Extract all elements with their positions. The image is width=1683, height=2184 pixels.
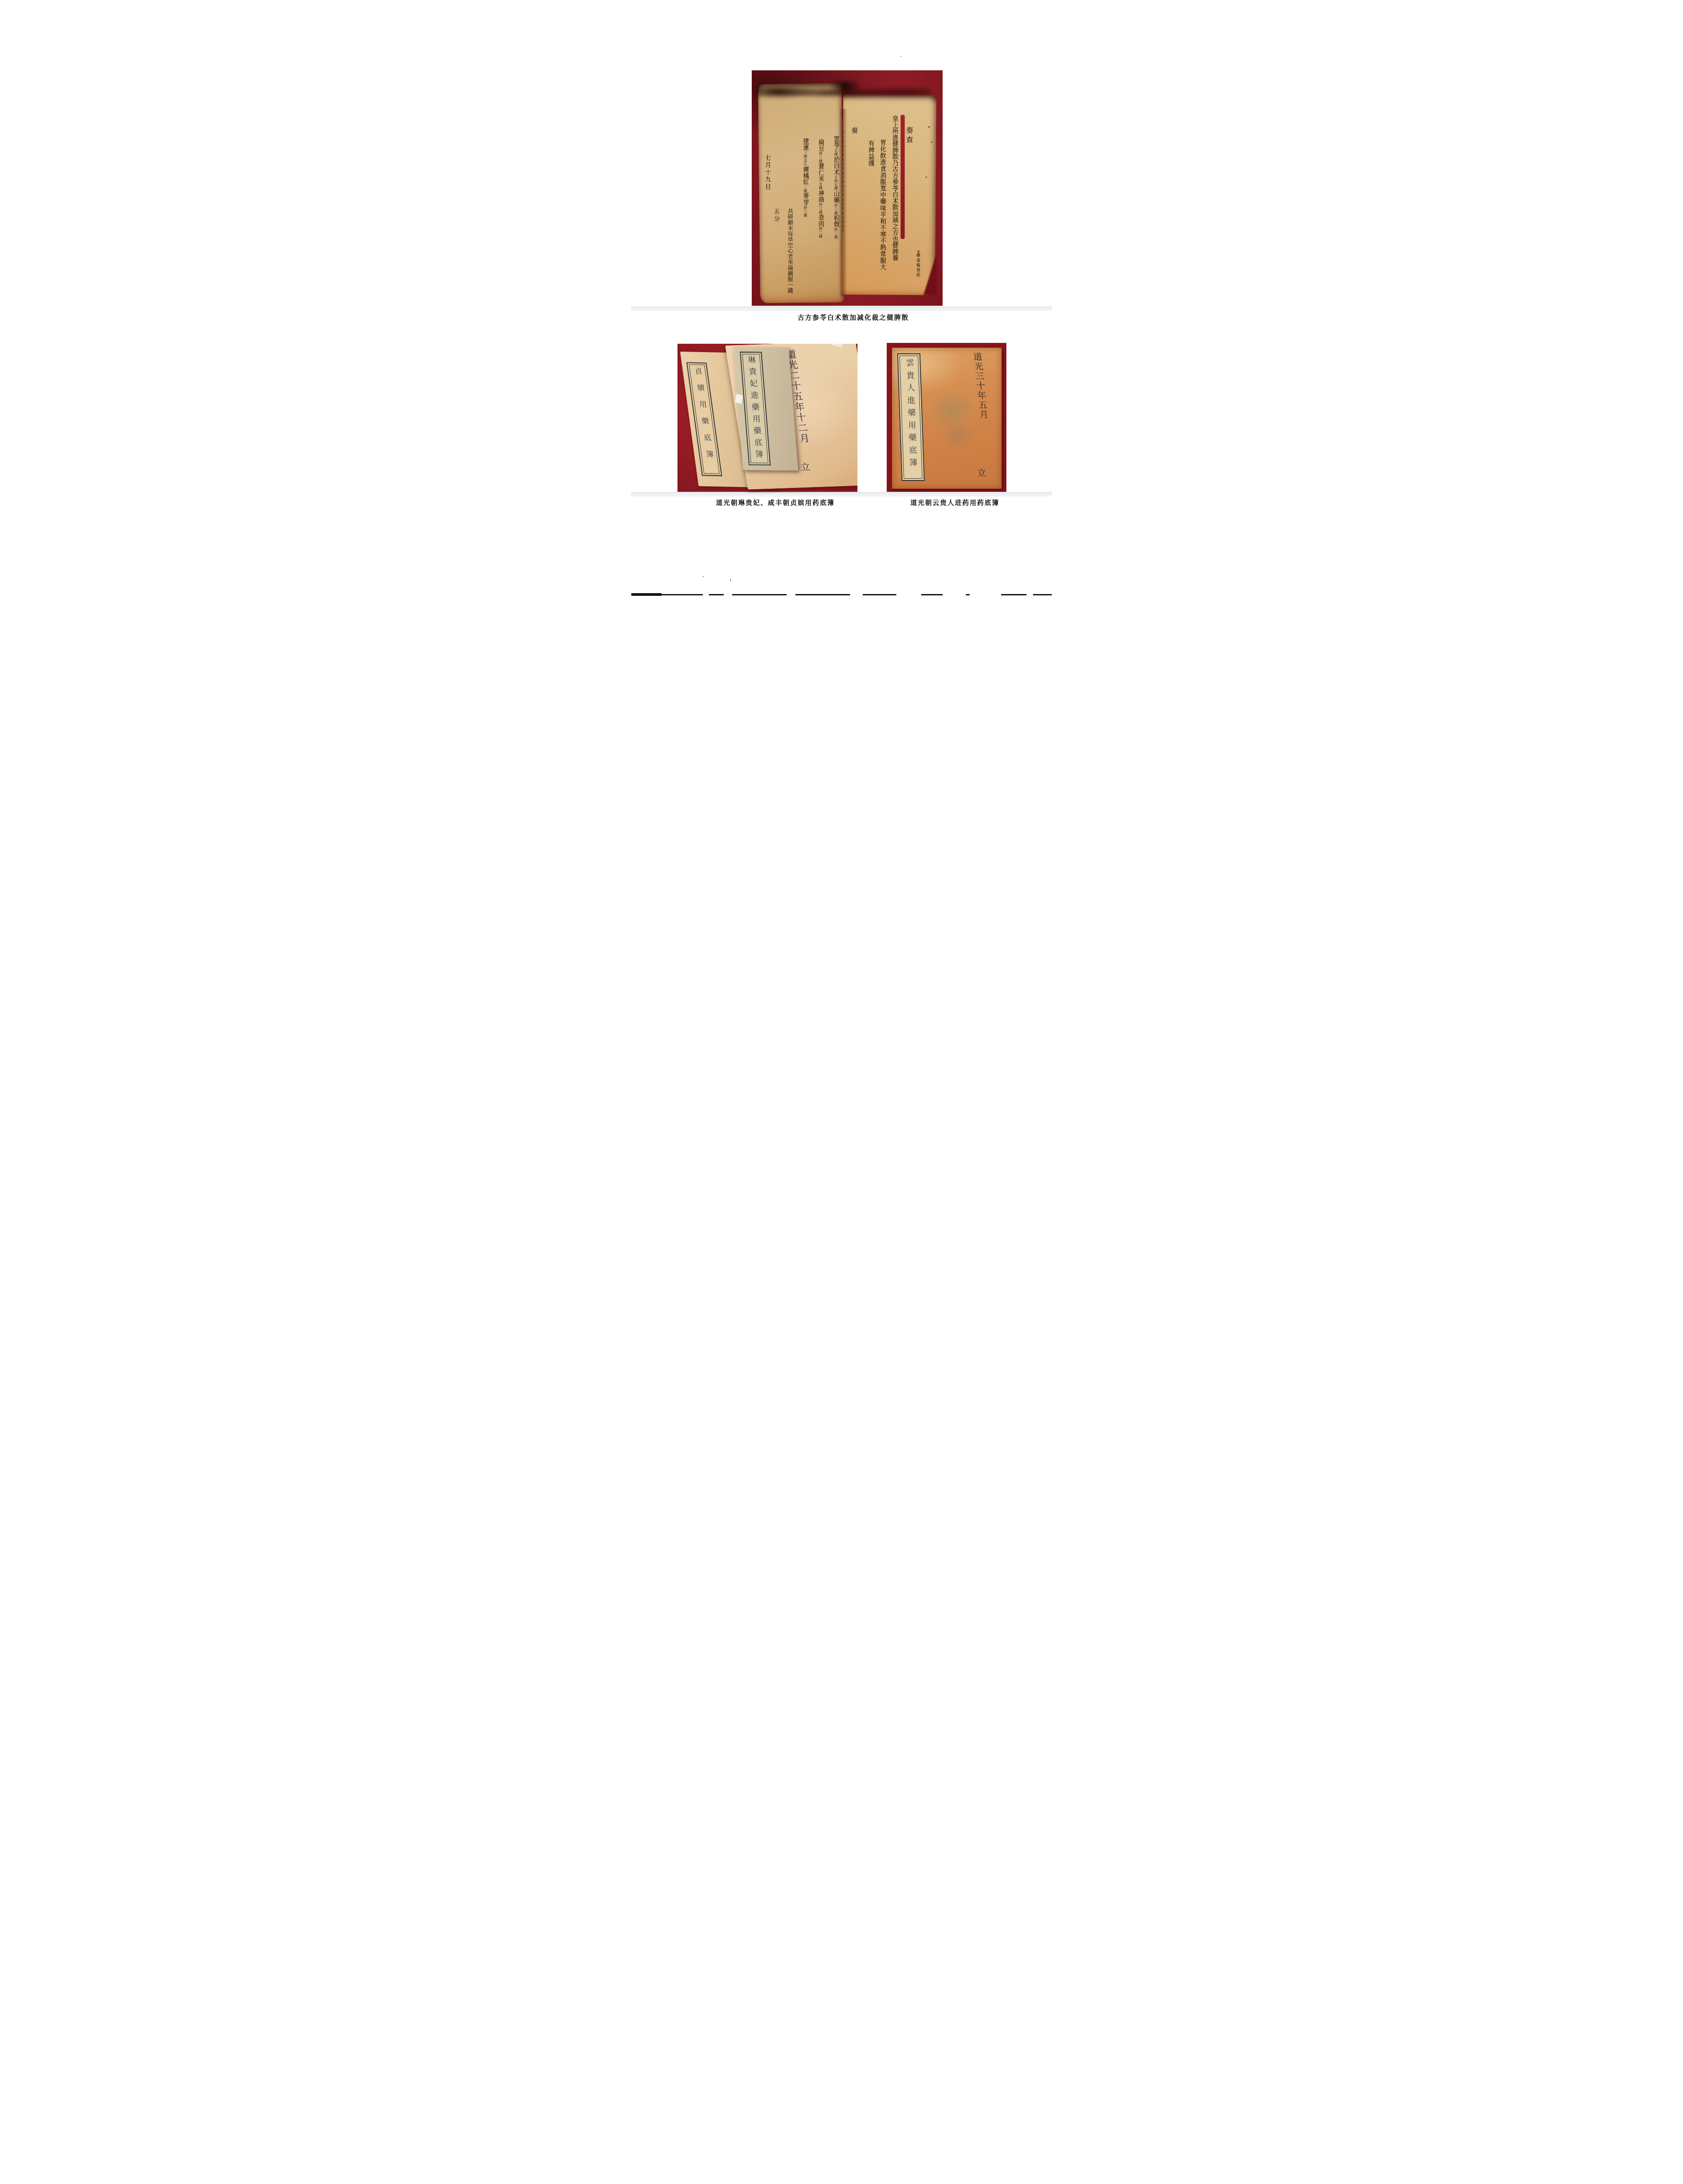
memorial-header-column: 奏查: [905, 127, 912, 145]
binding-stitch-marks: [843, 131, 843, 232]
usage-instruction-column: 共研細末每早空心老米湯調服一錢: [787, 208, 793, 294]
memorial-text-column-1: 皇上所進健脾散乃古方參苓白术散加減之方也健脾養: [892, 115, 898, 261]
scan-shadow-band: [631, 492, 1052, 497]
scan-shadow-band: [631, 306, 1052, 311]
photo-yun-guiren-booklet: 雲貴人進藥用藥底簿 道光三十年五月 立: [887, 343, 1006, 494]
booklet-handwritten-date: 道光三十年五月: [972, 352, 988, 419]
burnt-top-edge: [756, 81, 931, 100]
ink-speck: [928, 126, 930, 128]
signature-prefix: 謹: [917, 250, 919, 253]
manuscript-left-page: [758, 83, 843, 303]
scan-dot: [703, 576, 704, 577]
physician-signature-column: 謹樂泰楊春詑: [916, 250, 920, 277]
booklet-cover: 雲貴人進藥用藥底簿 道光三十年五月 立: [892, 348, 1002, 489]
booklet-title-text: 雲貴人進藥用藥底簿: [905, 359, 917, 480]
memorial-text-column-4: 奏: [850, 127, 857, 134]
photo-medicine-record-booklets: 貞嬪用藥底簿 道光二十五年十二月 立 琳貴妃進藥用藥底簿: [677, 344, 857, 493]
booklet-title-label: 雲貴人進藥用藥底簿: [897, 353, 925, 481]
caption-bottom-left-photo: 道光朝琳贵妃、咸丰朝贞嫔用药底簿: [697, 498, 854, 507]
paper-chip: [735, 394, 743, 404]
manuscript-right-page: [842, 94, 936, 295]
scanned-book-page: 謹樂泰楊春詑 奏查 皇上所進健脾散乃古方參苓白术散加減之方也健脾養 胃化飲進食消…: [631, 0, 1052, 598]
scan-tick: [730, 579, 731, 581]
page-edge-artifact: [631, 594, 1052, 595]
caption-bottom-right-photo: 道光朝云贵人进药用药底簿: [894, 498, 1016, 507]
booklet-li-mark: 立: [799, 462, 810, 472]
date-column: 七月十九日: [764, 155, 771, 191]
scan-dot: [900, 56, 901, 57]
ink-speck: [931, 142, 932, 143]
vermilion-bar: [901, 115, 905, 239]
memorial-text-column-2: 胃化飲進食消脹寬中藥味平和不寒不熱常服大: [879, 139, 885, 270]
memorial-text-column-3: 有裨益謹: [867, 140, 874, 166]
ingredient-column-1: 雲苓五錢於白术土炒五錢山藥炒三錢枳殻炒二錢: [833, 136, 839, 239]
booklet-title-label: 貞嬪用藥底簿: [686, 362, 722, 476]
ink-speck: [842, 112, 843, 114]
photo-manuscript-open-book: 謹樂泰楊春詑 奏查 皇上所進健脾散乃古方參苓白术散加減之方也健脾養 胃化飲進食消…: [752, 70, 943, 306]
booklet-title-text: 琳貴妃進藥用藥底簿: [747, 356, 764, 464]
booklet-title-label: 琳貴妃進藥用藥底簿: [740, 352, 771, 465]
torn-corner: [923, 253, 937, 295]
ink-speck: [926, 176, 927, 178]
usage-instruction-continued: 五分: [774, 208, 779, 223]
ingredient-column-2: 扁豆炒三錢薏仁米五錢神曲炒三錢查肉炒二錢: [818, 139, 824, 238]
ingredient-column-3: 建蓮三錢去心廣橘紅二錢麥芽炒三錢: [802, 138, 809, 217]
booklet-li-mark: 立: [976, 468, 985, 477]
caption-top-photo: 古方参苓白术散加减化裁之健脾散: [752, 313, 949, 322]
booklet-lin-guifei: 琳貴妃進藥用藥底簿: [733, 347, 798, 470]
signature-names: 樂泰楊春詑: [916, 253, 920, 277]
booklet-title-text: 貞嬪用藥底簿: [693, 367, 715, 475]
